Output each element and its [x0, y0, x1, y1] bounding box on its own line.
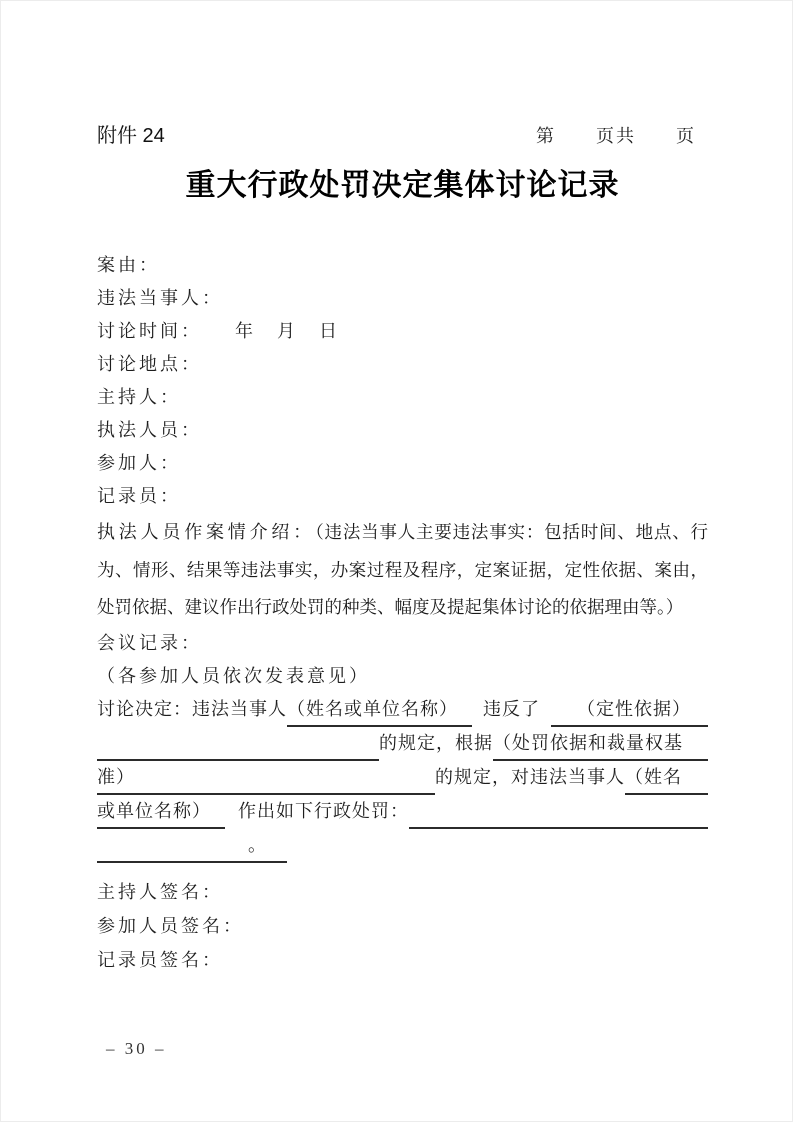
page-indicator: 第 页共 页 — [536, 122, 696, 148]
qualitative-basis-blank: （定性依据） — [551, 693, 708, 727]
field-participants: 参加人： — [97, 447, 708, 480]
decision-row-3: 准） 的规定，对违法当事人 （姓名 — [97, 761, 708, 795]
decision-section: 讨论决定：违法当事人 （姓名或单位名称） 违反了 （定性依据） 的规定，根据 （… — [97, 693, 708, 863]
party-name-blank-2: （姓名 — [625, 761, 708, 795]
participants-signature-label: 参加人员签名： — [97, 909, 708, 943]
decision-row-1: 讨论决定：违法当事人 （姓名或单位名称） 违反了 （定性依据） — [97, 693, 708, 727]
signature-section: 主持人签名： 参加人员签名： 记录员签名： — [97, 875, 708, 977]
decision-violated-text: 违反了 — [483, 693, 540, 727]
penalty-basis-blank-continued: 准） — [97, 761, 435, 795]
decision-penalty-text: 作出如下行政处罚： — [238, 795, 409, 829]
document-title: 重大行政处罚决定集体讨论记录 — [97, 160, 708, 204]
decision-against-party-text: 的规定，对违法当事人 — [435, 761, 625, 795]
blank-underline — [97, 727, 379, 761]
party-name-blank-2-continued: 或单位名称） — [97, 795, 225, 829]
penalty-content-blank — [409, 795, 708, 829]
field-discussion-time: 讨论时间： 年 月 日 — [97, 315, 708, 348]
case-introduction-paragraph: 执法人员作案情介绍：（违法当事人主要违法事实：包括时间、地点、行为、情形、结果等… — [97, 514, 708, 627]
attachment-label: 附件 24 — [97, 119, 165, 148]
meeting-record-note: （各参加人员依次发表意见） — [97, 660, 708, 693]
host-signature-label: 主持人签名： — [97, 875, 708, 909]
field-illegal-party: 违法当事人： — [97, 282, 708, 315]
case-introduction-label: 执法人员作案情介绍： — [97, 522, 315, 542]
field-host: 主持人： — [97, 381, 708, 414]
decision-per-provision-text: 的规定，根据 — [379, 727, 493, 761]
meeting-record-label: 会议记录： — [97, 627, 708, 660]
party-name-blank: （姓名或单位名称） — [287, 693, 472, 727]
penalty-content-blank-continued: 。 — [97, 829, 287, 863]
page-number-footer: – 30 – — [106, 1039, 167, 1059]
penalty-basis-blank: （处罚依据和裁量权基 — [493, 727, 708, 761]
decision-prefix: 讨论决定：违法当事人 — [97, 693, 287, 727]
document-page: 附件 24 第 页共 页 重大行政处罚决定集体讨论记录 案由： 违法当事人： 讨… — [0, 0, 793, 1122]
decision-row-5: 。 — [97, 829, 708, 863]
field-case-cause: 案由： — [97, 249, 708, 282]
document-content: 附件 24 第 页共 页 重大行政处罚决定集体讨论记录 案由： 违法当事人： 讨… — [97, 119, 708, 977]
form-fields: 案由： 违法当事人： 讨论时间： 年 月 日 讨论地点： 主持人： 执法人员： … — [97, 249, 708, 513]
header-row: 附件 24 第 页共 页 — [97, 119, 708, 145]
decision-row-2: 的规定，根据 （处罚依据和裁量权基 — [97, 727, 708, 761]
field-discussion-place: 讨论地点： — [97, 348, 708, 381]
recorder-signature-label: 记录员签名： — [97, 943, 708, 977]
field-enforcement-officers: 执法人员： — [97, 414, 708, 447]
decision-row-4: 或单位名称） 作出如下行政处罚： — [97, 795, 708, 829]
field-recorder: 记录员： — [97, 480, 708, 513]
